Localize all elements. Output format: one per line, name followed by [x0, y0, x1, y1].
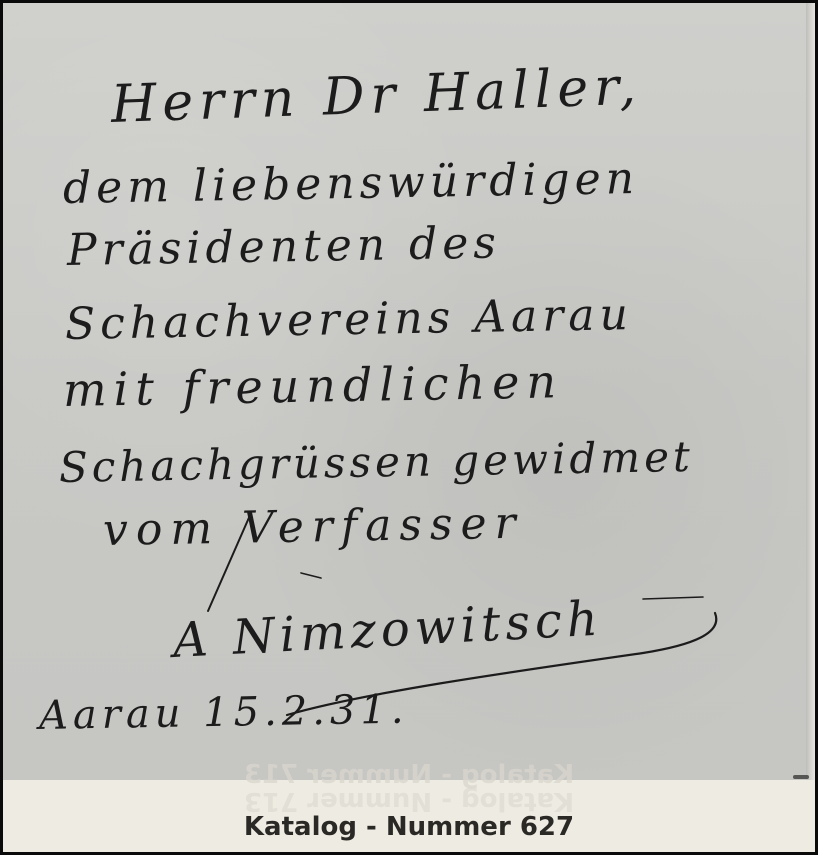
handwriting-line-4: Schachvereins Aarau [65, 289, 634, 350]
caption-band: Katalog - Nummer 713 Katalog - Nummer 71… [3, 780, 815, 852]
handwriting-line-2: dem liebenswürdigen [63, 153, 640, 214]
handwritten-dedication: Herrn Dr Haller, dem liebenswürdigen Prä… [3, 3, 806, 780]
place-and-date: Aarau 15.2.31. [39, 687, 409, 739]
handwriting-line-salutation: Herrn Dr Haller, [110, 56, 643, 134]
scanned-paper: Herrn Dr Haller, dem liebenswürdigen Prä… [3, 3, 806, 780]
handwriting-line-6: Schachgrüssen gewidmet [59, 432, 695, 492]
handwriting-line-5: mit freundlichen [63, 354, 564, 417]
handwriting-line-7: vom Verfasser [103, 498, 524, 556]
handwriting-line-3: Präsidenten des [67, 217, 502, 276]
catalog-number-caption: Katalog - Nummer 627 [3, 812, 815, 842]
paper-right-edge [806, 3, 815, 780]
image-frame: Herrn Dr Haller, dem liebenswürdigen Prä… [0, 0, 818, 855]
signature: A Nimzowitsch [172, 591, 604, 669]
